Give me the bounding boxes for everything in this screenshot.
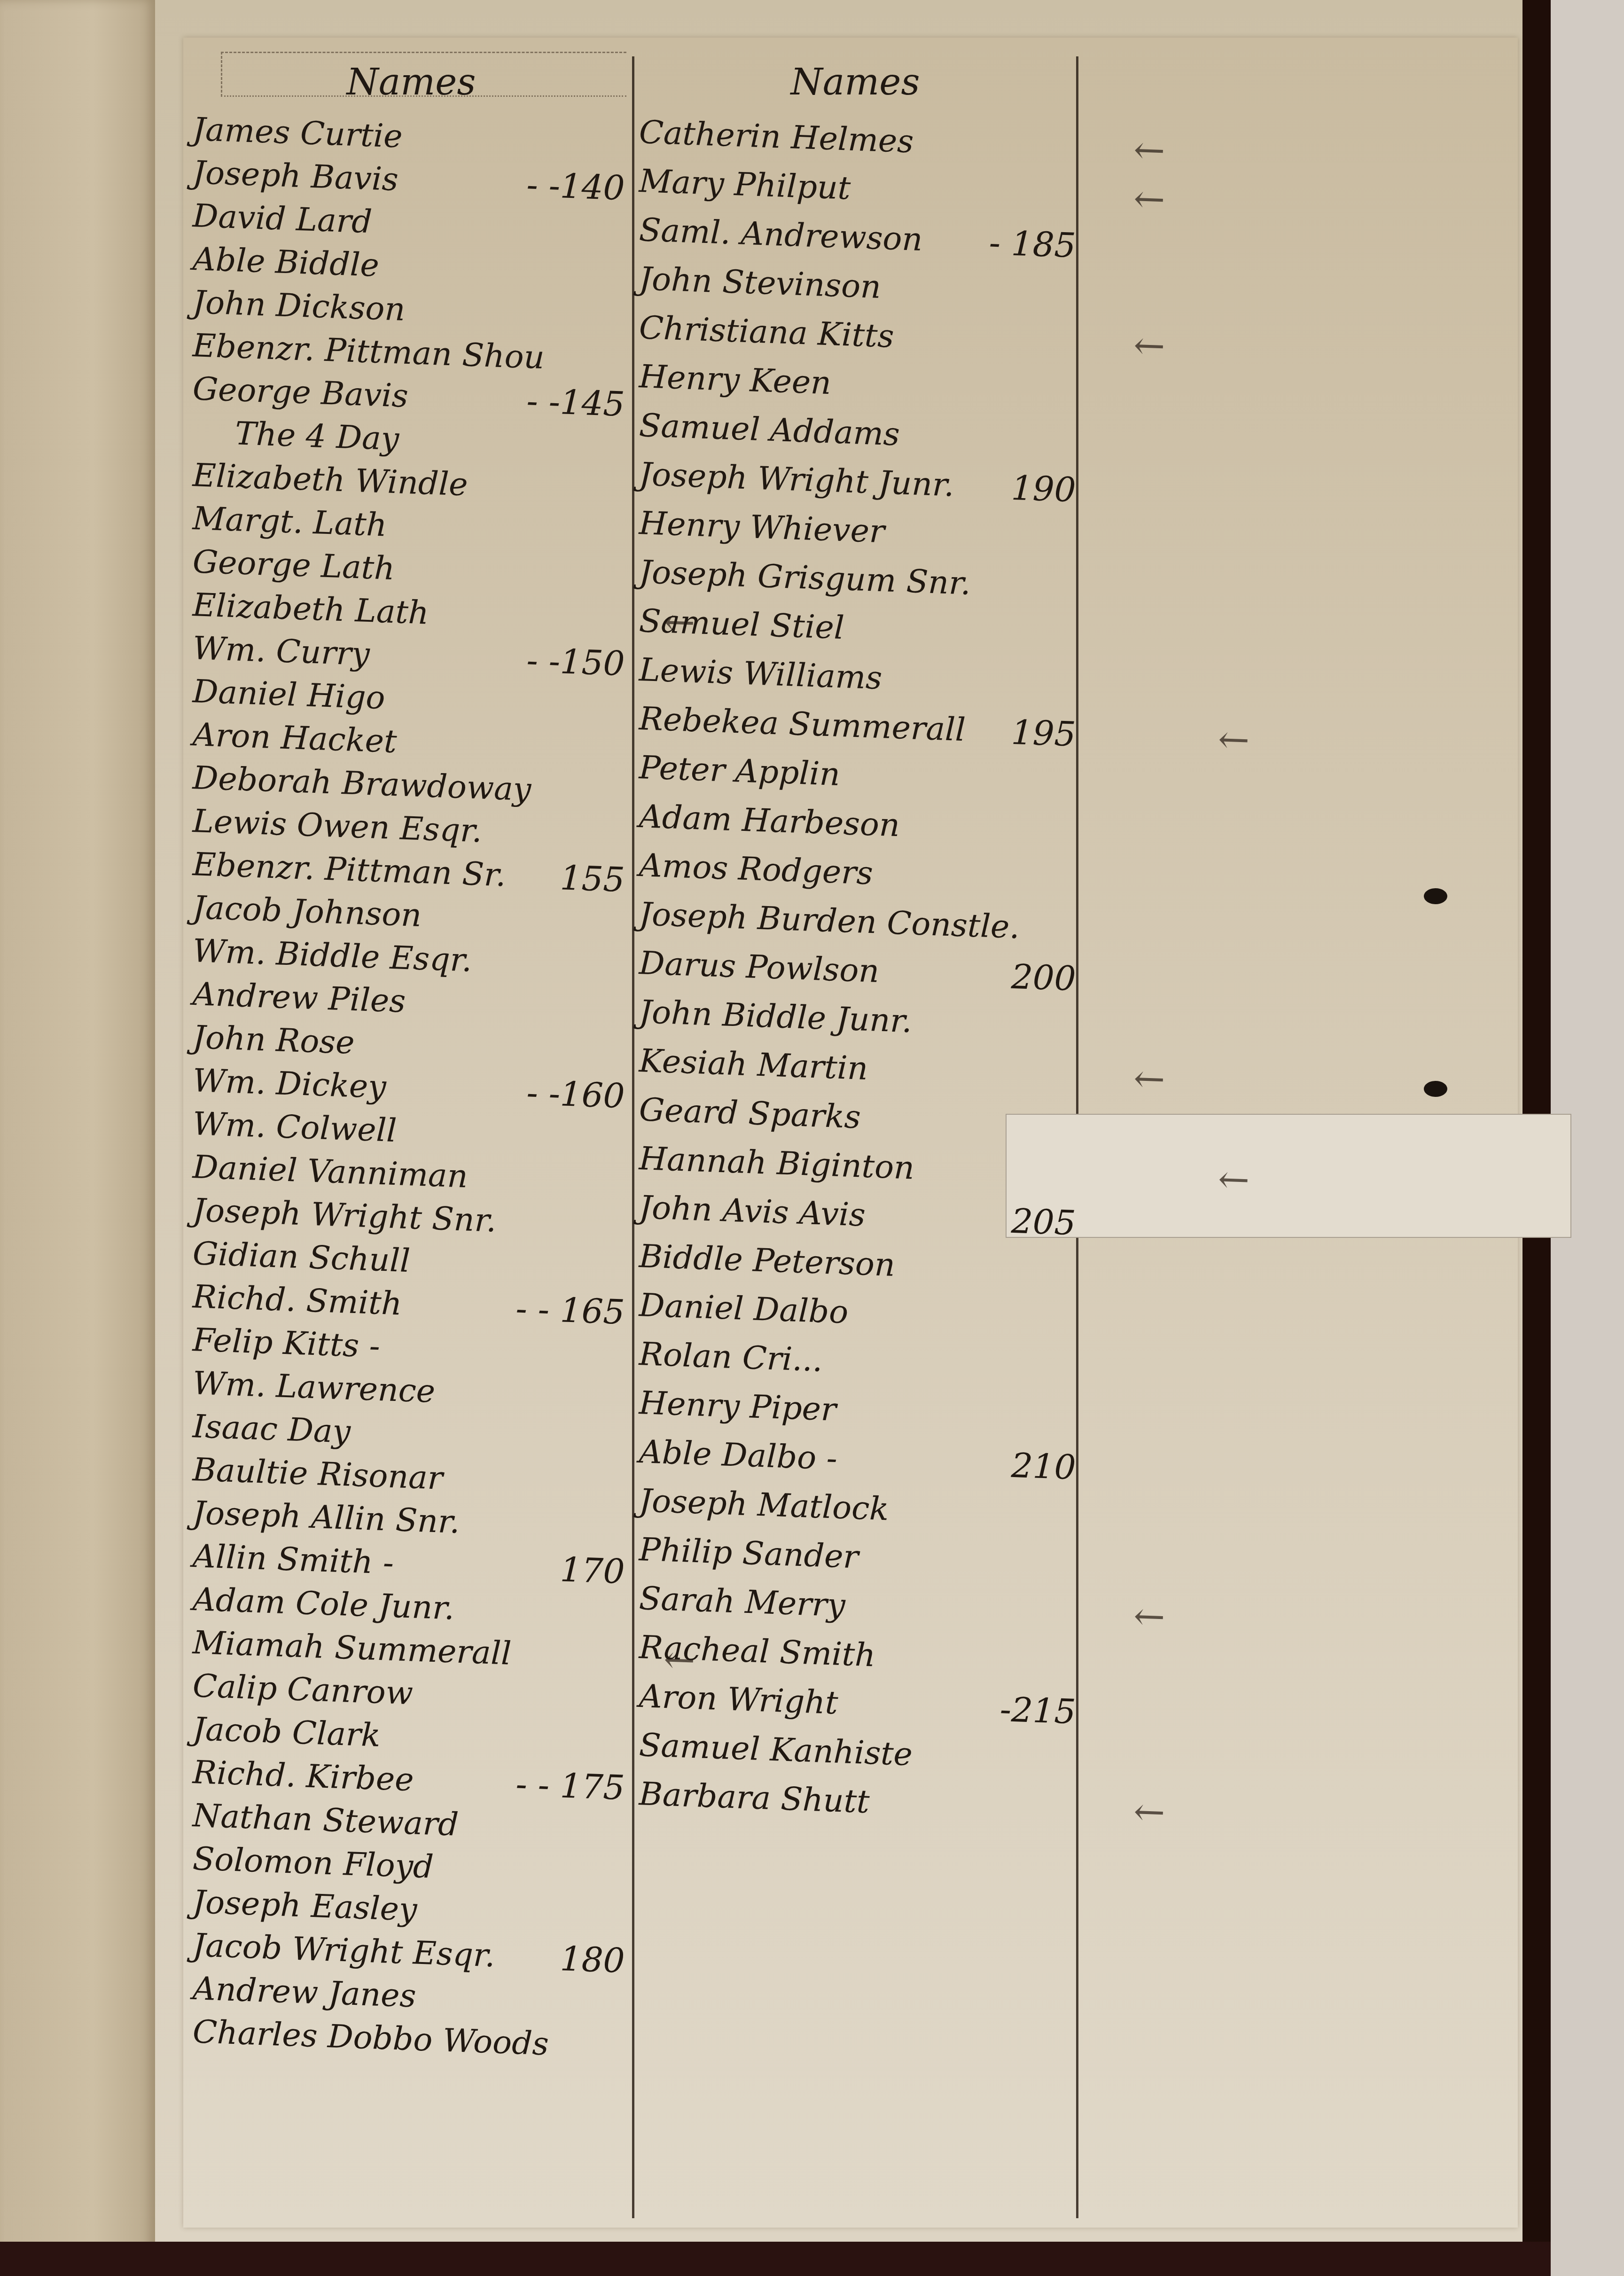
entry-name: Isaac Day xyxy=(192,1405,351,1454)
entry-name: Barbara Shutt xyxy=(638,1770,870,1827)
entry-name: Henry Keen xyxy=(638,352,832,408)
entry-name: Christiana Kitts xyxy=(638,304,895,361)
entry-count: 190 xyxy=(1010,463,1077,515)
column-rule-1 xyxy=(632,56,634,2218)
names-column-right: Names Catherin Helmes←Mary Philput←Saml.… xyxy=(639,56,1071,1819)
entry-name: Richd. Smith xyxy=(192,1275,402,1326)
ledger-sheet: Names James CurtieJoseph Bavis- -140Davi… xyxy=(183,38,1518,2228)
entry-name: John Dickson xyxy=(192,281,406,332)
paper-repair-patch xyxy=(1006,1114,1571,1238)
entry-count: - -145 xyxy=(526,379,625,426)
entry-count: - - 175 xyxy=(515,1762,625,1809)
entry-name: Wm. Lawrence xyxy=(192,1362,436,1414)
entry-name: John Avis Avis xyxy=(638,1183,866,1240)
entry-name: David Lard xyxy=(192,195,373,244)
names-column-left: Names James CurtieJoseph Bavis- -140Davi… xyxy=(193,56,630,2054)
entry-name: Philip Sander xyxy=(638,1525,859,1582)
entry-name: Kesiah Martin xyxy=(638,1037,869,1094)
entry-count: -215 xyxy=(999,1685,1077,1736)
ink-spot xyxy=(1424,1081,1447,1097)
entry-name: Able Dalbo - xyxy=(638,1428,838,1484)
entry-name: Aron Wright xyxy=(638,1672,839,1728)
entry-name: Henry Piper xyxy=(638,1379,837,1435)
entry-count: 200 xyxy=(1010,952,1077,1003)
entry-name: Allin Smith - xyxy=(192,1535,394,1585)
entry-count: - 185 xyxy=(988,218,1077,270)
entry-name: Daniel Higo xyxy=(192,670,386,720)
margin-arrow-icon: ← xyxy=(1133,321,1166,371)
entry-count: - - 165 xyxy=(515,1287,625,1334)
ledger-page: Names James CurtieJoseph Bavis- -140Davi… xyxy=(155,0,1522,2246)
entry-count: 195 xyxy=(1010,708,1077,759)
entry-name: Elizabeth Lath xyxy=(192,584,429,635)
entry-name: Biddle Peterson xyxy=(638,1232,896,1290)
margin-arrow-icon: ← xyxy=(1133,125,1166,175)
entry-name: Samuel Kanhiste xyxy=(638,1721,913,1779)
entry-name: Lewis Williams xyxy=(638,646,883,703)
entry-count: 210 xyxy=(1010,1441,1077,1492)
entry-name: Aron Hacket xyxy=(192,713,398,764)
entry-name: Catherin Helmes xyxy=(638,108,914,166)
entry-name: Samuel Addams xyxy=(638,401,900,459)
entry-name: Jacob Clark xyxy=(192,1708,381,1758)
entry-name: Hannah Biginton xyxy=(638,1134,915,1193)
entry-name: Joseph Matlock xyxy=(638,1477,890,1534)
entry-name: Peter Applin xyxy=(638,743,841,799)
margin-arrow-icon: ← xyxy=(1133,1592,1166,1642)
column-heading: Names xyxy=(193,56,630,108)
entry-name: Racheal Smith xyxy=(638,1623,876,1681)
entry-count: - -160 xyxy=(526,1071,625,1118)
entry-count: 170 xyxy=(559,1548,625,1593)
entry-name: Darus Powlson xyxy=(638,939,880,996)
entry-count: 180 xyxy=(559,1937,625,1982)
entry-name: Wm. Dickey xyxy=(192,1059,387,1109)
entry-name: Samuel Stiel xyxy=(638,597,845,653)
entry-name: Wm. Curry xyxy=(192,627,370,676)
entry-count: - -140 xyxy=(526,163,625,210)
flyleaf-page xyxy=(0,0,155,2276)
entry-name: Joseph Bavis xyxy=(192,151,399,202)
entry-name: Solomon Floyd xyxy=(192,1838,434,1889)
margin-arrow-icon: ← xyxy=(1133,174,1166,224)
entry-name: John Biddle Junr. xyxy=(638,988,913,1046)
entry-name: Calip Canrow xyxy=(192,1665,414,1715)
entries-list: James CurtieJoseph Bavis- -140David Lard… xyxy=(193,108,630,2054)
entry-name: John Rose xyxy=(192,1016,355,1065)
entry-name: Joseph Easley xyxy=(192,1881,418,1932)
entry-name: Jacob Johnson xyxy=(192,886,422,938)
margin-arrow-icon: ← xyxy=(1217,1155,1250,1204)
entry-name: Andrew Piles xyxy=(192,973,406,1024)
entry-name: Margt. Lath xyxy=(192,497,388,547)
entry-name: The 4 Day xyxy=(234,412,399,461)
entry-count: 205 xyxy=(1010,1197,1077,1248)
margin-arrow-icon: ← xyxy=(1133,1787,1166,1837)
entry-name: Henry Whiever xyxy=(638,499,885,556)
entry-name: Mary Philput xyxy=(638,157,851,213)
entry-name: Amos Rodgers xyxy=(638,841,874,898)
column-heading: Names xyxy=(639,56,1071,108)
entry-name: Geard Sparks xyxy=(638,1086,861,1142)
entry-name: Wm. Colwell xyxy=(192,1103,397,1153)
entry-name: Adam Harbeson xyxy=(638,792,900,850)
book-cover-bottom xyxy=(0,2242,1551,2276)
entry-name: John Stevinson xyxy=(638,255,882,312)
entry-count: 155 xyxy=(559,856,625,901)
entry-name: Able Biddle xyxy=(192,238,380,288)
entry-name: Richd. Kirbee xyxy=(192,1751,414,1802)
entry-name: George Bavis xyxy=(192,368,409,418)
entries-list: Catherin Helmes←Mary Philput←Saml. Andre… xyxy=(639,108,1071,1819)
entry-name: Gidian Schull xyxy=(192,1232,411,1283)
margin-arrow-icon: ← xyxy=(1217,715,1250,765)
entry-name: Andrew Janes xyxy=(192,1967,417,2018)
entry-name: Rolan Cri... xyxy=(638,1330,823,1385)
entry-name: Felip Kitts - xyxy=(192,1319,381,1369)
entry-name: Daniel Dalbo xyxy=(638,1281,849,1337)
entry-name: George Lath xyxy=(192,540,395,591)
entry-name: Sarah Merry xyxy=(638,1574,846,1630)
ink-spot xyxy=(1424,888,1447,904)
entry-name: James Curtie xyxy=(192,108,403,159)
entry-count: - -150 xyxy=(526,639,625,685)
margin-arrow-icon: ← xyxy=(1133,1054,1166,1104)
